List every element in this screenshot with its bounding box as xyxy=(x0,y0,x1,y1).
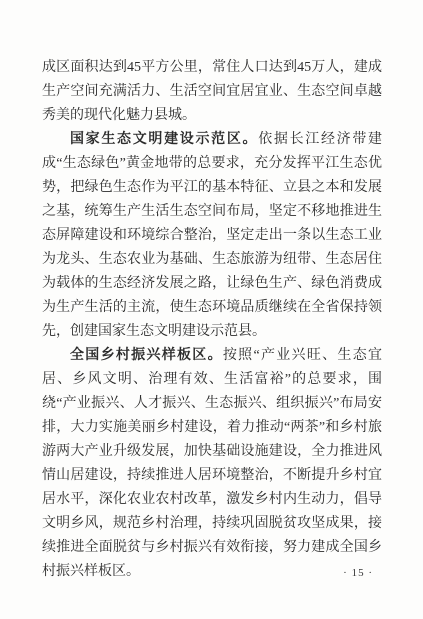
paragraph-lead-heading: 国家生态文明建设示范区。 xyxy=(70,132,258,147)
paragraph-lead-heading: 全国乡村振兴样板区。 xyxy=(70,348,223,363)
page-number: · 15 · xyxy=(343,566,373,580)
document-page: 成区面积达到45平方公里，常住人口达到45万人，建成生产空间充满活力、生活空间宜… xyxy=(0,0,423,619)
paragraph-body-text: 成区面积达到45平方公里，常住人口达到45万人，建成生产空间充满活力、生活空间宜… xyxy=(42,60,382,123)
paragraph-continuation: 成区面积达到45平方公里，常住人口达到45万人，建成生产空间充满活力、生活空间宜… xyxy=(42,56,382,128)
paragraph-body-text: 依据长江经济带建成“生态绿色”黄金地带的总要求，充分发挥平江生态优势，把绿色生态… xyxy=(42,132,382,339)
paragraph-eco-civilization-zone: 国家生态文明建设示范区。依据长江经济带建成“生态绿色”黄金地带的总要求，充分发挥… xyxy=(42,128,382,344)
paragraph-rural-revitalization-zone: 全国乡村振兴样板区。按照“产业兴旺、生态宜居、乡风文明、治理有效、生活富裕”的总… xyxy=(42,344,382,584)
page-body-text: 成区面积达到45平方公里，常住人口达到45万人，建成生产空间充满活力、生活空间宜… xyxy=(42,56,382,584)
paragraph-body-text: 按照“产业兴旺、生态宜居、乡风文明、治理有效、生活富裕”的总要求，围绕“产业振兴… xyxy=(42,348,382,579)
